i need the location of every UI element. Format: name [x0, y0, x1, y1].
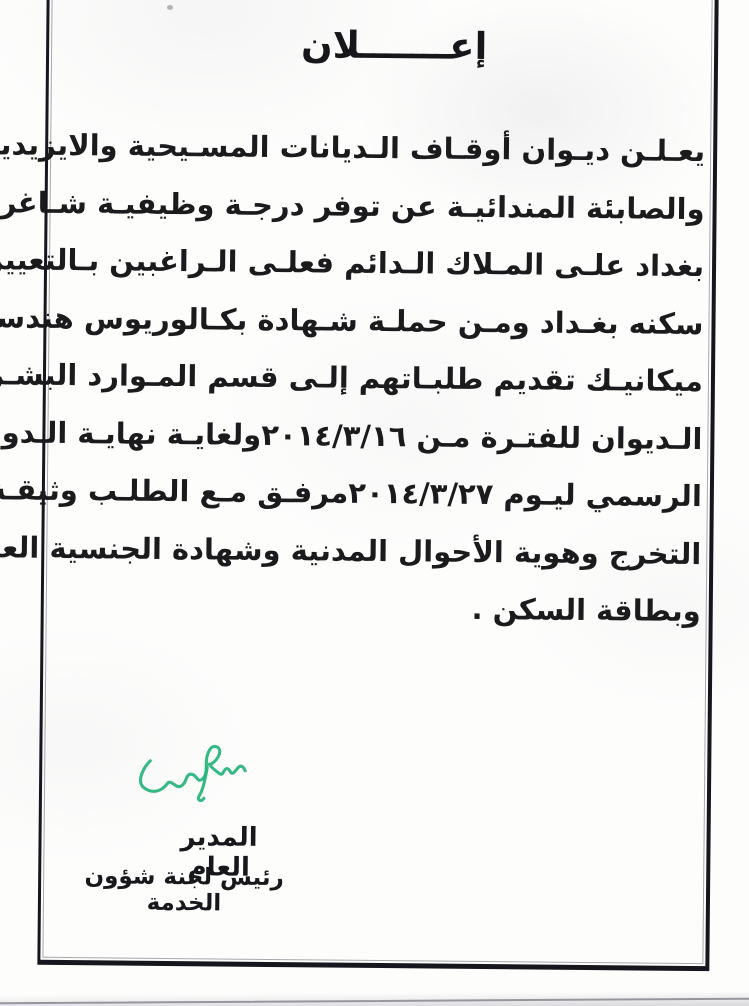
body-line: يعـلـن ديـوان أوقـاف الـديانات المسـيحية…: [93, 117, 706, 180]
body-line: الـديوان للفتـرة مـن ٢٠١٤/٣/١٦ولغايـة نه…: [90, 405, 703, 468]
signature-scribble-icon: [123, 734, 264, 825]
body-line: والصابئة المندائيـة عن توفر درجـة وظيفيـ…: [92, 175, 705, 238]
page-tilt-wrapper: إعـــــــلان يعـلـن ديـوان أوقـاف الـديا…: [0, 0, 749, 1006]
announcement-body: يعـلـن ديـوان أوقـاف الـديانات المسـيحية…: [89, 117, 706, 640]
body-line: ميكانيـك تقديم طلبـاتهم إلـى قسم المـوار…: [91, 347, 704, 410]
scanned-announcement-document: { "document": { "title": "إعـــــــلان",…: [0, 0, 749, 1006]
body-line: سكنه بغـداد ومـن حملـة شـهادة بكـالوريوس…: [91, 290, 704, 353]
document-title: إعـــــــلان: [294, 23, 494, 68]
body-line: الرسمي ليـوم ٢٠١٤/٣/٢٧مرفـق مـع الطلـب و…: [90, 462, 703, 525]
signer-title-service-affairs-committee-chair: رئيس لجنة شؤون الخدمة: [81, 863, 287, 917]
scan-bottom-edge-line: [0, 998, 749, 1005]
body-line: وبطاقة السكن .: [89, 577, 702, 640]
body-line: التخرج وهوية الأحوال المدنية وشهادة الجن…: [89, 520, 702, 583]
scanned-page: إعـــــــلان يعـلـن ديـوان أوقـاف الـديا…: [0, 0, 749, 1006]
scan-speck: [167, 5, 173, 10]
body-line: بغداد علـى المـلاك الـدائم فعلـى الـراغب…: [92, 232, 705, 295]
